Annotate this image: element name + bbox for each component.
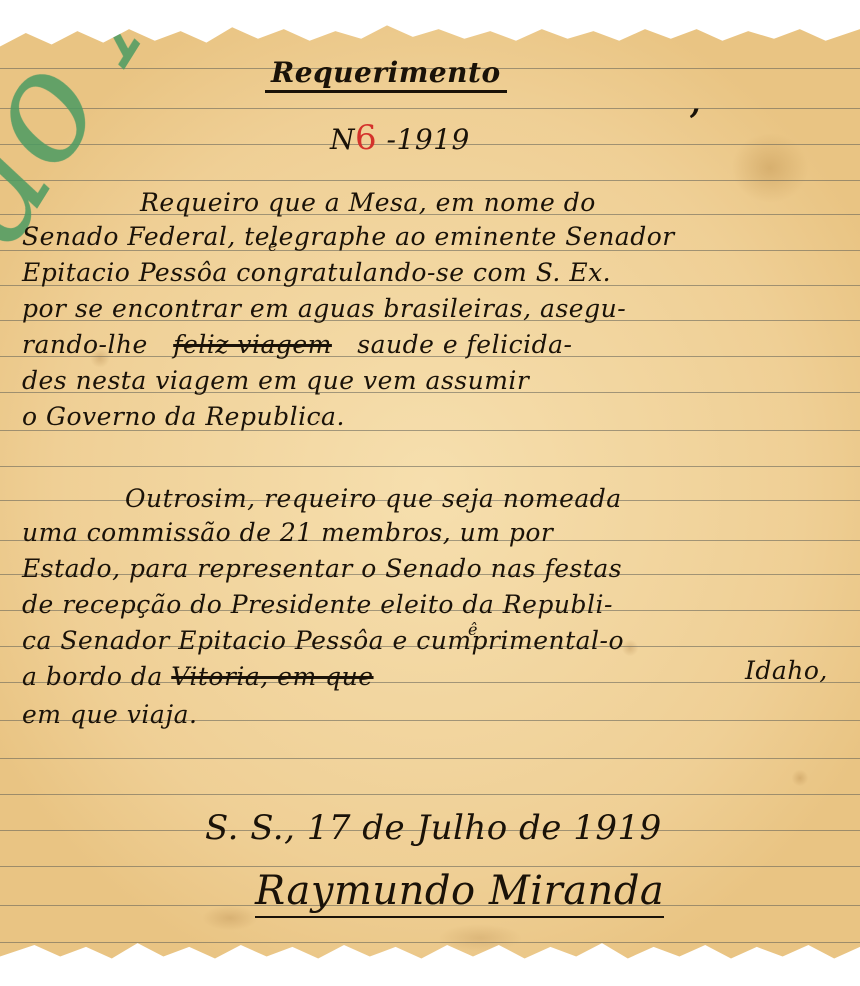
paragraph1-line5-end: saude e felicida- bbox=[357, 330, 572, 359]
number-prefix: N bbox=[330, 123, 355, 156]
document-title: Requerimento bbox=[265, 56, 507, 93]
paragraph1-line5: rando-lhe feliz viagem saude e felicida- bbox=[22, 330, 572, 359]
manuscript-page: ao Arch Requerimento , N6 -1919 Requeiro… bbox=[0, 8, 860, 970]
ruled-line bbox=[0, 758, 860, 759]
number-year: -1919 bbox=[387, 123, 470, 156]
paragraph2-line6: a bordo da Vitoria, em que bbox=[22, 662, 374, 691]
paragraph2-line4: de recepção do Presidente eleito da Repu… bbox=[22, 590, 613, 619]
date-line: S. S., 17 de Julho de 1919 bbox=[205, 808, 662, 848]
number-value-red: 6 bbox=[355, 118, 377, 158]
stray-ink-mark: , bbox=[690, 86, 701, 121]
paragraph1-line7: o Governo da Republica. bbox=[22, 402, 345, 431]
paragraph1-line5-start: rando-lhe bbox=[22, 330, 148, 359]
ruled-line bbox=[0, 942, 860, 943]
paragraph2-line1: Outrosim, requeiro que seja nomeada bbox=[125, 484, 622, 513]
paragraph2-line6-start: a bordo da bbox=[22, 662, 163, 691]
paragraph1-line1: Requeiro que a Mesa, em nome do bbox=[140, 188, 596, 217]
paragraph1-line4: por se encontrar em aguas brasileiras, a… bbox=[22, 294, 626, 323]
paragraph1-line3-text: Epitacio Pessôa congratulando-se com S. … bbox=[22, 258, 611, 287]
ruled-line bbox=[0, 180, 860, 181]
signature: Raymundo Miranda bbox=[255, 868, 664, 918]
paragraph1-line6: des nesta viagem em que vem assumir bbox=[22, 366, 529, 395]
paragraph2-line3: Estado, para representar o Senado nas fe… bbox=[22, 554, 622, 583]
struck-text-vitoria: Vitoria, em que bbox=[171, 662, 373, 691]
paragraph1-line3: Epitacio Pessôa congratulando-se com S. … bbox=[22, 258, 611, 287]
paragraph1-line2: Senado Federal, telegraphe ao eminente S… bbox=[22, 222, 675, 251]
request-number: N6 -1919 bbox=[330, 118, 470, 158]
struck-text-feliz-viagem: feliz viagem bbox=[173, 330, 332, 359]
interlinear-insert-e: e bbox=[268, 236, 278, 255]
paragraph2-line2: uma commissão de 21 membros, um por bbox=[22, 518, 553, 547]
ruled-line bbox=[0, 466, 860, 467]
ship-name-idaho: Idaho, bbox=[745, 656, 828, 685]
ruled-line bbox=[0, 794, 860, 795]
cutoff-text-line: Assignado para ... na data ... da ... bbox=[40, 956, 439, 981]
ruled-line bbox=[0, 866, 860, 867]
paragraph2-line5: ca Senador Epitacio Pessôa e cumprimenta… bbox=[22, 626, 624, 655]
paragraph2-line7: em que viaja. bbox=[22, 700, 197, 729]
